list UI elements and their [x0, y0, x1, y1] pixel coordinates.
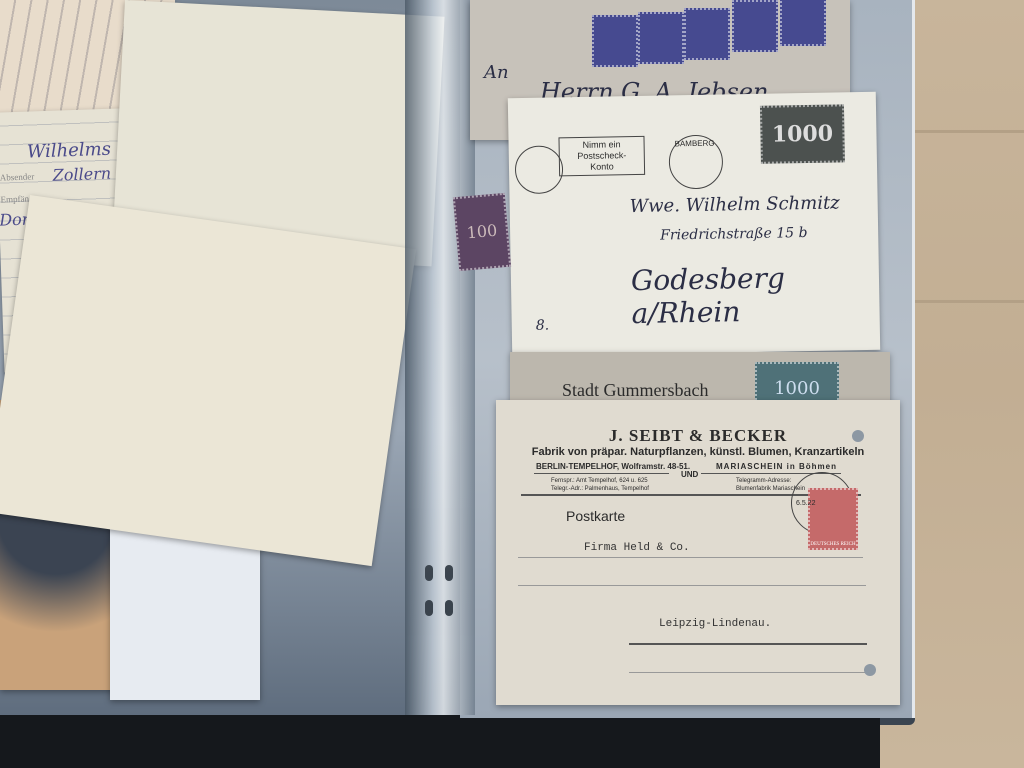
- cover-note: 8.: [536, 318, 550, 334]
- punch-hole: [445, 565, 453, 581]
- address-line: [629, 643, 867, 645]
- stamp: [684, 8, 730, 60]
- stamp: [732, 0, 778, 52]
- postmark-date: 6.5.22: [796, 500, 815, 507]
- address-line: [518, 585, 866, 586]
- punch-hole: [864, 664, 876, 676]
- stamp: [638, 12, 684, 64]
- slogan-cancel: Nimm ein Postscheck- Konto: [558, 136, 645, 176]
- destination: Leipzig-Lindenau.: [659, 618, 771, 630]
- location-berlin: BERLIN-TEMPELHOF, Wolframstr. 48-51.: [536, 462, 690, 471]
- form-handwriting: Zollern: [52, 164, 111, 185]
- stamp: [592, 15, 638, 67]
- phone-line: Fernspr.: Amt Tempelhof, 624 u. 625: [551, 478, 648, 484]
- stamp-1000-mark: 1000: [760, 104, 845, 163]
- stamp-caption: DEUTSCHES REICH: [810, 542, 856, 547]
- punch-hole: [425, 565, 433, 581]
- envelope-back: [0, 195, 416, 566]
- slogan-line: Konto: [562, 161, 642, 173]
- postkarte-label: Postkarte: [566, 508, 625, 524]
- company-subtitle: Fabrik von präpar. Naturpflanzen, künstl…: [496, 446, 900, 458]
- location-mariaschein: MARIASCHEIN in Böhmen: [716, 462, 837, 471]
- postmark-city: BAMBERG: [675, 139, 715, 149]
- stamp-100-mark: 100: [453, 193, 511, 271]
- form-handwriting: Wilhelms: [27, 139, 112, 163]
- telegram-line: Telegramm-Adresse:: [736, 478, 791, 484]
- divider: [534, 473, 669, 474]
- postmark: [515, 145, 564, 194]
- cover-schmitz: Nimm ein Postscheck- Konto BAMBERG 1000 …: [508, 92, 880, 356]
- punch-hole: [425, 600, 433, 616]
- sender-name: Stadt Gummersbach: [562, 380, 708, 401]
- addressee: Firma Held & Co.: [584, 542, 690, 554]
- recipient-name: Wwe. Wilhelm Schmitz: [630, 192, 840, 217]
- postcard-seibt-becker: J. SEIBT & BECKER Fabrik von präpar. Nat…: [496, 400, 900, 705]
- salutation: An: [484, 62, 509, 83]
- album-cover-edge: [0, 715, 880, 768]
- album-spine: [405, 0, 475, 715]
- stamp: [780, 0, 826, 46]
- recipient-city: Godesberg a/Rhein: [631, 260, 880, 330]
- address-line: [518, 557, 863, 558]
- form-label: Absender: [0, 171, 34, 182]
- connector-und: UND: [681, 470, 698, 479]
- recipient-street: Friedrichstraße 15 b: [660, 225, 808, 244]
- punch-hole: [445, 600, 453, 616]
- punch-hole: [852, 430, 864, 442]
- telegram-line: Telegr.-Adr.: Palmenhaus, Tempelhof: [551, 486, 649, 492]
- address-line: [629, 672, 867, 673]
- stamp-germania: DEUTSCHES REICH: [808, 488, 858, 550]
- company-name: J. SEIBT & BECKER: [496, 426, 900, 446]
